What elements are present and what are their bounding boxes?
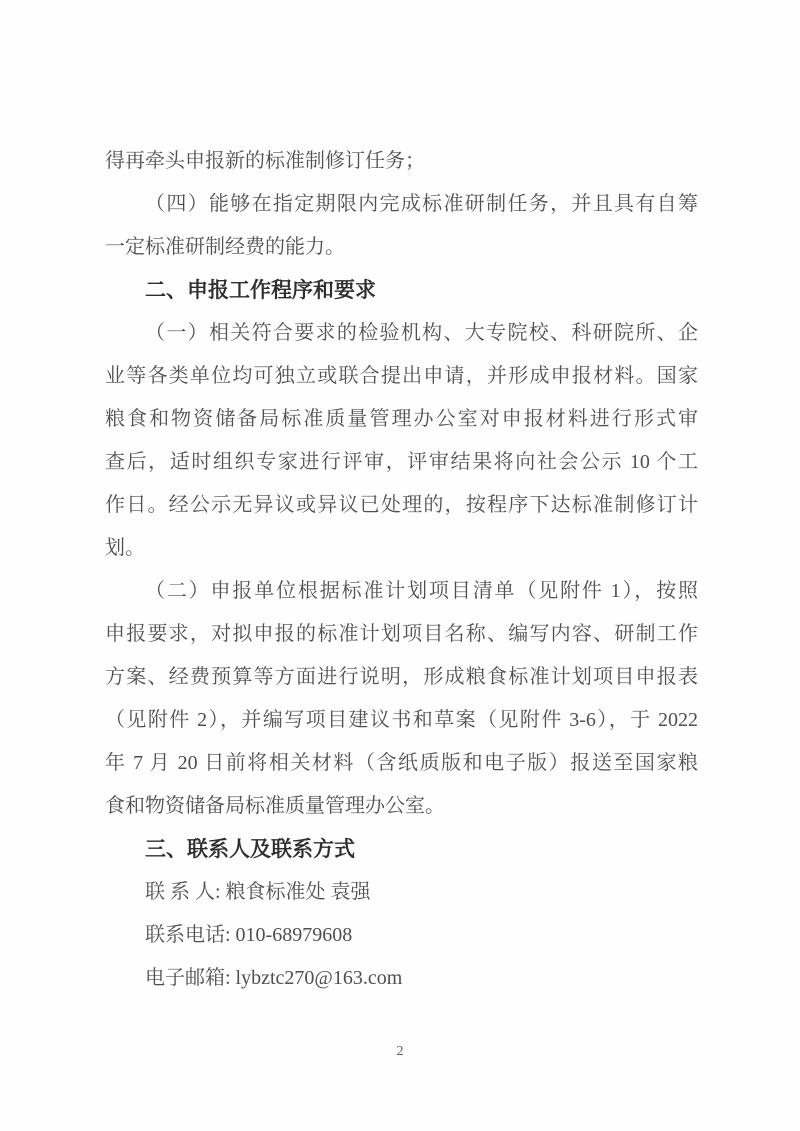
para-one-line: 划。	[105, 527, 698, 570]
para-two-line: 方案、经费预算等方面进行说明，形成粮食标准计划项目申报表	[105, 656, 698, 699]
document-content: 得再牵头申报新的标准制修订任务； （四）能够在指定期限内完成标准研制任务，并且具…	[105, 140, 698, 1000]
para-one-line: （一）相关符合要求的检验机构、大专院校、科研院所、企	[105, 312, 698, 355]
para-two-line: （见附件 2），并编写项目建议书和草案（见附件 3-6），于 2022	[105, 699, 698, 742]
page-number: 2	[0, 1042, 800, 1062]
para-two-line: 年 7 月 20 日前将相关材料（含纸质版和电子版）报送至国家粮	[105, 742, 698, 785]
section-heading-three: 三、联系人及联系方式	[105, 828, 698, 871]
paragraph-continuation-line: 得再牵头申报新的标准制修订任务；	[105, 140, 698, 183]
document-page: 得再牵头申报新的标准制修订任务； （四）能够在指定期限内完成标准研制任务，并且具…	[0, 0, 800, 1131]
contact-email-line: 电子邮箱: lybztc270@163.com	[105, 957, 698, 1000]
para-one-line: 作日。经公示无异议或异议已处理的，按程序下达标准制修订计	[105, 484, 698, 527]
para-one-line: 业等各类单位均可独立或联合提出申请，并形成申报材料。国家	[105, 355, 698, 398]
para-two-line: 食和物资储备局标准质量管理办公室。	[105, 785, 698, 828]
contact-person-line: 联 系 人: 粮食标准处 袁强	[105, 871, 698, 914]
para-one-line: 查后，适时组织专家进行评审，评审结果将向社会公示 10 个工	[105, 441, 698, 484]
item-four-line: （四）能够在指定期限内完成标准研制任务，并且具有自筹	[105, 183, 698, 226]
section-heading-two: 二、申报工作程序和要求	[105, 269, 698, 312]
para-two-line: 申报要求，对拟申报的标准计划项目名称、编写内容、研制工作	[105, 613, 698, 656]
contact-phone-line: 联系电话: 010-68979608	[105, 914, 698, 957]
para-two-line: （二）申报单位根据标准计划项目清单（见附件 1），按照	[105, 570, 698, 613]
para-one-line: 粮食和物资储备局标准质量管理办公室对申报材料进行形式审	[105, 398, 698, 441]
item-four-line: 一定标准研制经费的能力。	[105, 226, 698, 269]
